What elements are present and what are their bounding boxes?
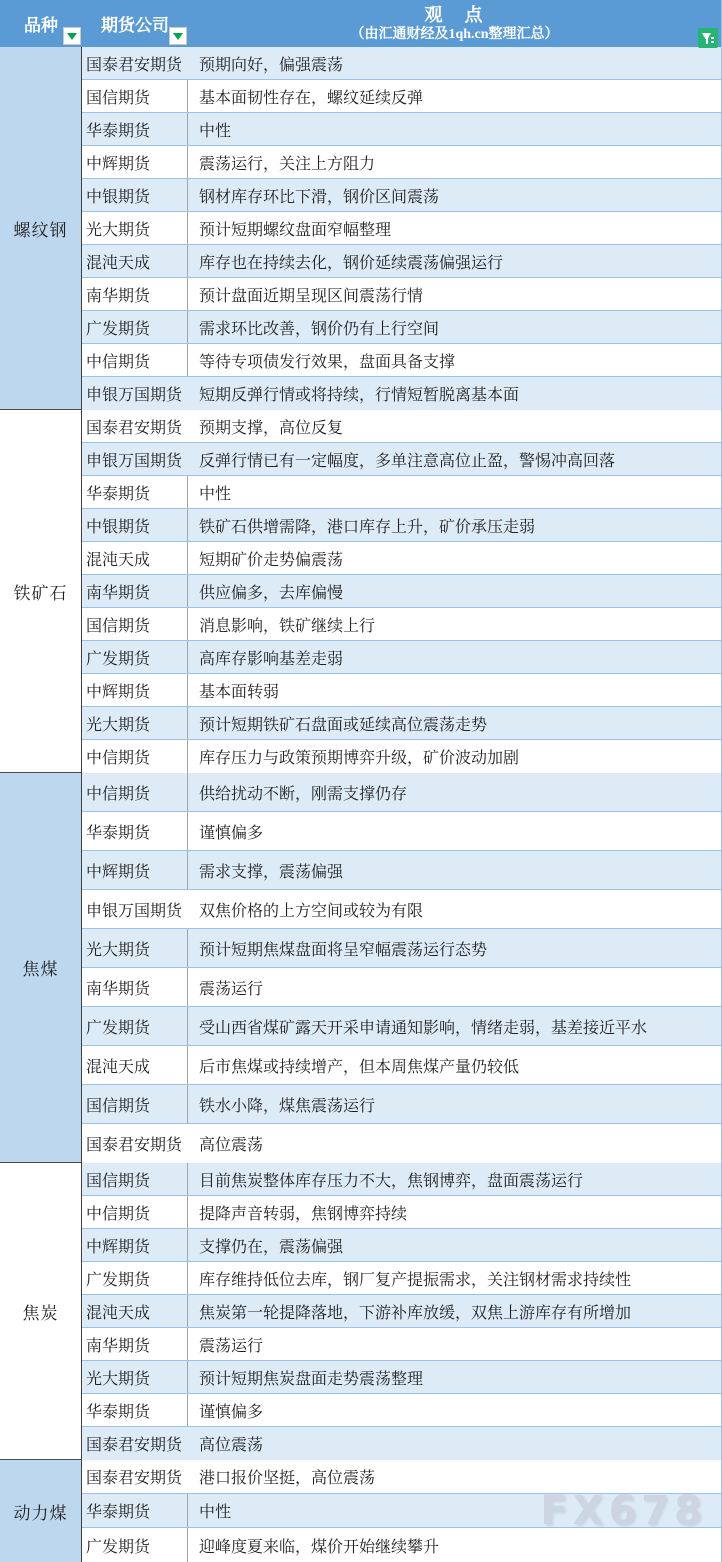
table-row: 中银期货钢材库存环比下滑，钢价区间震荡 <box>82 179 721 212</box>
table-row: 国信期货基本面韧性存在，螺纹延续反弹 <box>82 80 721 113</box>
company-cell: 南华期货 <box>82 1328 188 1360</box>
company-cell: 华泰期货 <box>82 113 188 145</box>
opinion-cell: 提降声音转弱，焦钢博弈持续 <box>188 1196 721 1228</box>
filter-icon[interactable] <box>698 28 718 48</box>
opinion-cell: 迎峰度夏来临，煤价开始继续攀升 <box>188 1528 721 1562</box>
table-row: 光大期货预计短期焦煤盘面将呈窄幅震荡运行态势 <box>82 929 721 968</box>
opinion-cell: 双焦价格的上方空间或较为有限 <box>188 890 721 928</box>
company-cell: 中信期货 <box>82 344 188 376</box>
opinion-cell: 高位震荡 <box>188 1124 721 1163</box>
variety-cell: 螺纹钢 <box>0 47 82 409</box>
table-row: 国泰君安期货预期支撑，高位反复 <box>82 410 721 443</box>
table-row: 国泰君安期货高位震荡 <box>82 1124 721 1163</box>
opinion-cell: 供应偏多，去库偏慢 <box>188 575 721 607</box>
group-rows: 中信期货供给扰动不断，刚需支撑仍存华泰期货谨慎偏多中辉期货需求支撑，震荡偏强申银… <box>82 773 721 1162</box>
opinion-cell: 中性 <box>188 476 721 508</box>
opinion-cell: 铁矿石供增需降，港口库存上升，矿价承压走弱 <box>188 509 721 541</box>
table-row: 光大期货预计短期焦炭盘面走势震荡整理 <box>82 1361 721 1394</box>
opinion-cell: 中性 <box>188 113 721 145</box>
table-row: 广发期货需求环比改善，钢价仍有上行空间 <box>82 311 721 344</box>
company-cell: 中银期货 <box>82 179 188 211</box>
opinion-cell: 震荡运行，关注上方阻力 <box>188 146 721 178</box>
opinion-cell: 预计短期螺纹盘面窄幅整理 <box>188 212 721 244</box>
table-row: 中辉期货支撑仍在，震荡偏强 <box>82 1229 721 1262</box>
company-cell: 国泰君安期货 <box>82 1124 188 1163</box>
company-cell: 混沌天成 <box>82 542 188 574</box>
company-cell: 国信期货 <box>82 80 188 112</box>
company-cell: 申银万国期货 <box>82 890 188 928</box>
company-cell: 光大期货 <box>82 1361 188 1393</box>
group-rows: 国泰君安期货港口报价坚挺，高位震荡华泰期货中性广发期货迎峰度夏来临，煤价开始继续… <box>82 1460 721 1562</box>
table-row: 华泰期货中性 <box>82 1494 721 1528</box>
opinion-cell: 后市焦煤或持续增产，但本周焦煤产量仍较低 <box>188 1046 721 1084</box>
table-body: 螺纹钢国泰君安期货预期向好，偏强震荡国信期货基本面韧性存在，螺纹延续反弹华泰期货… <box>0 47 721 1562</box>
company-cell: 中辉期货 <box>82 1229 188 1261</box>
variety-header-label: 品种 <box>24 11 58 36</box>
table-row: 中信期货库存压力与政策预期博弈升级，矿价波动加剧 <box>82 740 721 773</box>
view-header-subtitle: （由汇通财经及1qh.cn整理汇总） <box>350 26 558 44</box>
commodity-group: 焦炭国信期货目前焦炭整体库存压力不大，焦钢博弈，盘面震荡运行中信期货提降声音转弱… <box>0 1163 721 1460</box>
company-cell: 国信期货 <box>82 1085 188 1123</box>
table-row: 混沌天成短期矿价走势偏震荡 <box>82 542 721 575</box>
opinion-cell: 预计短期焦炭盘面走势震荡整理 <box>188 1361 721 1393</box>
company-cell: 南华期货 <box>82 575 188 607</box>
table-row: 国信期货铁水小降，煤焦震荡运行 <box>82 1085 721 1124</box>
opinion-cell: 铁水小降，煤焦震荡运行 <box>188 1085 721 1123</box>
table-row: 中信期货供给扰动不断，刚需支撑仍存 <box>82 773 721 812</box>
company-cell: 广发期货 <box>82 1007 188 1045</box>
view-header-title: 观 点 <box>425 4 485 27</box>
company-cell: 华泰期货 <box>82 1494 188 1527</box>
variety-cell: 铁矿石 <box>0 410 82 772</box>
table-row: 南华期货预计盘面近期呈现区间震荡行情 <box>82 278 721 311</box>
table-row: 申银万国期货短期反弹行情或将持续，行情短暂脱离基本面 <box>82 377 721 410</box>
table-row: 中银期货铁矿石供增需降，港口库存上升，矿价承压走弱 <box>82 509 721 542</box>
variety-cell: 焦煤 <box>0 773 82 1162</box>
variety-cell: 动力煤 <box>0 1460 82 1562</box>
company-cell: 华泰期货 <box>82 476 188 508</box>
company-cell: 中信期货 <box>82 1196 188 1228</box>
table-row: 国信期货消息影响，铁矿继续上行 <box>82 608 721 641</box>
chevron-down-icon <box>67 33 77 40</box>
table-row: 华泰期货谨慎偏多 <box>82 812 721 851</box>
table-row: 国信期货目前焦炭整体库存压力不大，焦钢博弈，盘面震荡运行 <box>82 1163 721 1196</box>
opinion-cell: 等待专项债发行效果，盘面具备支撑 <box>188 344 721 376</box>
opinion-cell: 需求环比改善，钢价仍有上行空间 <box>188 311 721 343</box>
opinion-cell: 谨慎偏多 <box>188 812 721 850</box>
opinion-cell: 高位震荡 <box>188 1427 721 1460</box>
table-row: 华泰期货谨慎偏多 <box>82 1394 721 1427</box>
group-rows: 国泰君安期货预期向好，偏强震荡国信期货基本面韧性存在，螺纹延续反弹华泰期货中性中… <box>82 47 721 409</box>
opinion-cell: 谨慎偏多 <box>188 1394 721 1426</box>
opinion-cell: 受山西省煤矿露天开采申请通知影响，情绪走弱，基差接近平水 <box>188 1007 721 1045</box>
group-rows: 国泰君安期货预期支撑，高位反复申银万国期货反弹行情已有一定幅度，多单注意高位止盈… <box>82 410 721 772</box>
opinion-cell: 预计短期焦煤盘面将呈窄幅震荡运行态势 <box>188 929 721 967</box>
table-row: 广发期货库存维持低位去库，钢厂复产提振需求，关注钢材需求持续性 <box>82 1262 721 1295</box>
opinion-cell: 目前焦炭整体库存压力不大，焦钢博弈，盘面震荡运行 <box>188 1163 721 1195</box>
futures-opinions-table: 品种 期货公司 观 点 （由汇通财经及1qh.cn整理汇总） 螺纹钢国泰君安期货… <box>0 0 722 1562</box>
table-row: 混沌天成焦炭第一轮提降落地，下游补库放缓，双焦上游库存有所增加 <box>82 1295 721 1328</box>
opinion-cell: 港口报价坚挺，高位震荡 <box>188 1460 721 1493</box>
table-row: 国泰君安期货高位震荡 <box>82 1427 721 1460</box>
table-row: 混沌天成库存也在持续去化，钢价延续震荡偏强运行 <box>82 245 721 278</box>
variety-cell: 焦炭 <box>0 1163 82 1459</box>
opinion-cell: 基本面韧性存在，螺纹延续反弹 <box>188 80 721 112</box>
company-cell: 华泰期货 <box>82 812 188 850</box>
table-row: 申银万国期货双焦价格的上方空间或较为有限 <box>82 890 721 929</box>
company-cell: 华泰期货 <box>82 1394 188 1426</box>
variety-filter-dropdown[interactable] <box>63 27 81 45</box>
opinion-cell: 震荡运行 <box>188 1328 721 1360</box>
opinion-cell: 库存维持低位去库，钢厂复产提振需求，关注钢材需求持续性 <box>188 1262 721 1294</box>
company-cell: 国泰君安期货 <box>82 1460 188 1493</box>
table-row: 混沌天成后市焦煤或持续增产，但本周焦煤产量仍较低 <box>82 1046 721 1085</box>
company-cell: 中银期货 <box>82 509 188 541</box>
company-cell: 申银万国期货 <box>82 443 188 475</box>
opinion-cell: 基本面转弱 <box>188 674 721 706</box>
company-cell: 南华期货 <box>82 278 188 310</box>
company-cell: 申银万国期货 <box>82 377 188 410</box>
header-cell-variety: 品种 <box>0 0 82 47</box>
opinion-cell: 预计盘面近期呈现区间震荡行情 <box>188 278 721 310</box>
opinion-cell: 库存压力与政策预期博弈升级，矿价波动加剧 <box>188 740 721 773</box>
table-row: 华泰期货中性 <box>82 113 721 146</box>
opinion-cell: 钢材库存环比下滑，钢价区间震荡 <box>188 179 721 211</box>
company-cell: 光大期货 <box>82 707 188 739</box>
opinion-cell: 高库存影响基差走弱 <box>188 641 721 673</box>
table-row: 光大期货预计短期铁矿石盘面或延续高位震荡走势 <box>82 707 721 740</box>
company-cell: 中信期货 <box>82 740 188 773</box>
company-cell: 国信期货 <box>82 608 188 640</box>
funnel-icon <box>702 32 714 44</box>
opinion-cell: 预期向好，偏强震荡 <box>188 47 721 79</box>
commodity-group: 焦煤中信期货供给扰动不断，刚需支撑仍存华泰期货谨慎偏多中辉期货需求支撑，震荡偏强… <box>0 773 721 1163</box>
company-cell: 广发期货 <box>82 641 188 673</box>
table-row: 华泰期货中性 <box>82 476 721 509</box>
opinion-cell: 库存也在持续去化，钢价延续震荡偏强运行 <box>188 245 721 277</box>
commodity-group: 动力煤国泰君安期货港口报价坚挺，高位震荡华泰期货中性广发期货迎峰度夏来临，煤价开… <box>0 1460 721 1562</box>
opinion-cell: 消息影响，铁矿继续上行 <box>188 608 721 640</box>
company-filter-dropdown[interactable] <box>169 27 187 45</box>
table-header: 品种 期货公司 观 点 （由汇通财经及1qh.cn整理汇总） <box>0 0 721 47</box>
company-cell: 国泰君安期货 <box>82 410 188 442</box>
table-row: 国泰君安期货预期向好，偏强震荡 <box>82 47 721 80</box>
table-row: 南华期货震荡运行 <box>82 968 721 1007</box>
opinion-cell: 短期反弹行情或将持续，行情短暂脱离基本面 <box>188 377 721 410</box>
commodity-group: 螺纹钢国泰君安期货预期向好，偏强震荡国信期货基本面韧性存在，螺纹延续反弹华泰期货… <box>0 47 721 410</box>
commodity-group: 铁矿石国泰君安期货预期支撑，高位反复申银万国期货反弹行情已有一定幅度，多单注意高… <box>0 410 721 773</box>
table-row: 中信期货提降声音转弱，焦钢博弈持续 <box>82 1196 721 1229</box>
company-cell: 广发期货 <box>82 311 188 343</box>
header-cell-company: 期货公司 <box>82 0 188 47</box>
table-row: 广发期货受山西省煤矿露天开采申请通知影响，情绪走弱，基差接近平水 <box>82 1007 721 1046</box>
company-header-label: 期货公司 <box>101 11 169 36</box>
company-cell: 国泰君安期货 <box>82 47 188 79</box>
company-cell: 南华期货 <box>82 968 188 1006</box>
opinion-cell: 预计短期铁矿石盘面或延续高位震荡走势 <box>188 707 721 739</box>
opinion-cell: 供给扰动不断，刚需支撑仍存 <box>188 773 721 811</box>
opinion-cell: 反弹行情已有一定幅度，多单注意高位止盈，警惕冲高回落 <box>188 443 721 475</box>
company-cell: 混沌天成 <box>82 1046 188 1084</box>
table-row: 国泰君安期货港口报价坚挺，高位震荡 <box>82 1460 721 1494</box>
table-row: 中辉期货震荡运行，关注上方阻力 <box>82 146 721 179</box>
company-cell: 混沌天成 <box>82 245 188 277</box>
company-cell: 中信期货 <box>82 773 188 811</box>
table-row: 申银万国期货反弹行情已有一定幅度，多单注意高位止盈，警惕冲高回落 <box>82 443 721 476</box>
company-cell: 广发期货 <box>82 1528 188 1562</box>
opinion-cell: 焦炭第一轮提降落地，下游补库放缓，双焦上游库存有所增加 <box>188 1295 721 1327</box>
opinion-cell: 短期矿价走势偏震荡 <box>188 542 721 574</box>
company-cell: 中辉期货 <box>82 674 188 706</box>
table-row: 南华期货震荡运行 <box>82 1328 721 1361</box>
opinion-cell: 中性 <box>188 1494 721 1527</box>
company-cell: 混沌天成 <box>82 1295 188 1327</box>
table-row: 广发期货高库存影响基差走弱 <box>82 641 721 674</box>
table-row: 中信期货等待专项债发行效果，盘面具备支撑 <box>82 344 721 377</box>
opinion-cell: 需求支撑，震荡偏强 <box>188 851 721 889</box>
table-row: 中辉期货基本面转弱 <box>82 674 721 707</box>
company-cell: 国信期货 <box>82 1163 188 1195</box>
table-row: 广发期货迎峰度夏来临，煤价开始继续攀升 <box>82 1528 721 1562</box>
opinion-cell: 支撑仍在，震荡偏强 <box>188 1229 721 1261</box>
chevron-down-icon <box>173 33 183 40</box>
opinion-cell: 震荡运行 <box>188 968 721 1006</box>
table-row: 南华期货供应偏多，去库偏慢 <box>82 575 721 608</box>
header-cell-view: 观 点 （由汇通财经及1qh.cn整理汇总） <box>188 0 721 47</box>
company-cell: 中辉期货 <box>82 146 188 178</box>
table-row: 中辉期货需求支撑，震荡偏强 <box>82 851 721 890</box>
company-cell: 广发期货 <box>82 1262 188 1294</box>
opinion-cell: 预期支撑，高位反复 <box>188 410 721 442</box>
company-cell: 光大期货 <box>82 929 188 967</box>
company-cell: 国泰君安期货 <box>82 1427 188 1460</box>
company-cell: 中辉期货 <box>82 851 188 889</box>
company-cell: 光大期货 <box>82 212 188 244</box>
table-row: 光大期货预计短期螺纹盘面窄幅整理 <box>82 212 721 245</box>
group-rows: 国信期货目前焦炭整体库存压力不大，焦钢博弈，盘面震荡运行中信期货提降声音转弱，焦… <box>82 1163 721 1459</box>
